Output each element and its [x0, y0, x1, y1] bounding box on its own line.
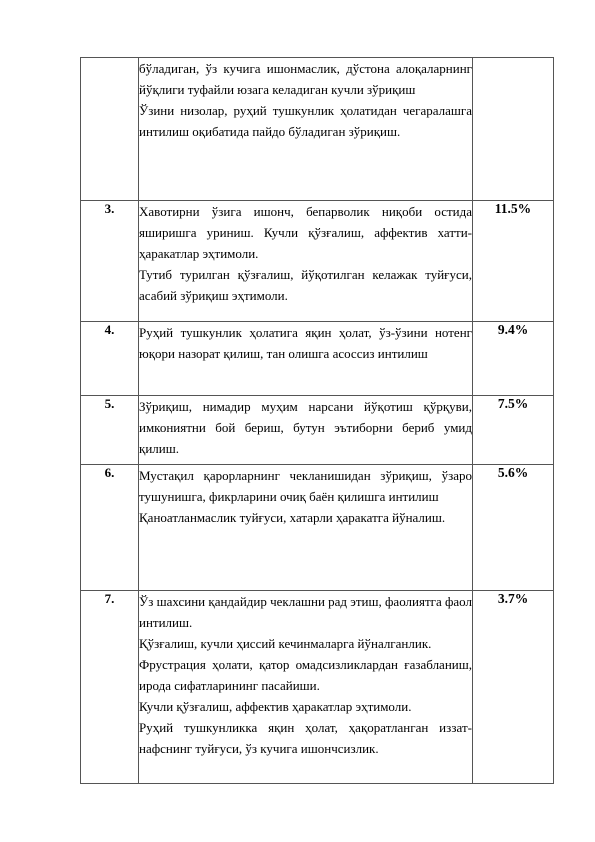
row-description: Хавотирни ўзига ишонч, бепарволик ниқоби…	[139, 201, 473, 322]
description-paragraph: Қаноатланмаслик туйғуси, хатарли ҳаракат…	[139, 507, 472, 528]
description-paragraph: Қўзғалиш, кучли ҳиссий кечинмаларга йўна…	[139, 633, 472, 654]
description-paragraph: Мустақил қарорларнинг чекланишидан зўриқ…	[139, 465, 472, 507]
row-number: 7.	[81, 591, 139, 784]
row-description: Мустақил қарорларнинг чекланишидан зўриқ…	[139, 465, 473, 591]
table-row: 4. Руҳий тушкунлик ҳолатига яқин ҳолат, …	[81, 322, 554, 396]
table-row: бўладиган, ўз кучига ишонмаслик, дўстона…	[81, 58, 554, 201]
row-number: 4.	[81, 322, 139, 396]
row-number	[81, 58, 139, 201]
description-paragraph: Фрустрация ҳолати, қатор омадсизликларда…	[139, 654, 472, 696]
table-row: 6. Мустақил қарорларнинг чекланишидан зў…	[81, 465, 554, 591]
row-percent: 3.7%	[473, 591, 554, 784]
results-table: бўладиган, ўз кучига ишонмаслик, дўстона…	[80, 57, 554, 784]
description-paragraph: Хавотирни ўзига ишонч, бепарволик ниқоби…	[139, 201, 472, 264]
table-row: 5. Зўриқиш, нимадир муҳим нарсани йўқоти…	[81, 396, 554, 465]
description-paragraph: Ўзини низолар, руҳий тушкунлик ҳолатидан…	[139, 100, 472, 142]
table-row: 7. Ўз шахсини қандайдир чеклашни рад эти…	[81, 591, 554, 784]
row-description: бўладиган, ўз кучига ишонмаслик, дўстона…	[139, 58, 473, 201]
description-paragraph: Зўриқиш, нимадир муҳим нарсани йўқотиш қ…	[139, 396, 472, 459]
description-paragraph: Руҳий тушкунлик ҳолатига яқин ҳолат, ўз-…	[139, 322, 472, 364]
row-number: 3.	[81, 201, 139, 322]
description-paragraph: бўладиган, ўз кучига ишонмаслик, дўстона…	[139, 58, 472, 100]
row-description: Ўз шахсини қандайдир чеклашни рад этиш, …	[139, 591, 473, 784]
row-percent: 9.4%	[473, 322, 554, 396]
table-row: 3. Хавотирни ўзига ишонч, бепарволик ниқ…	[81, 201, 554, 322]
row-description: Зўриқиш, нимадир муҳим нарсани йўқотиш қ…	[139, 396, 473, 465]
row-percent: 11.5%	[473, 201, 554, 322]
row-percent	[473, 58, 554, 201]
description-paragraph: Руҳий тушкунликка яқин ҳолат, ҳақоратлан…	[139, 717, 472, 759]
description-paragraph: Тутиб турилган қўзғалиш, йўқотилган кела…	[139, 264, 472, 306]
row-number: 6.	[81, 465, 139, 591]
description-paragraph: Кучли қўзғалиш, аффектив ҳаракатлар эҳти…	[139, 696, 472, 717]
row-percent: 5.6%	[473, 465, 554, 591]
description-paragraph: Ўз шахсини қандайдир чеклашни рад этиш, …	[139, 591, 472, 633]
document-page: бўладиган, ўз кучига ишонмаслик, дўстона…	[0, 0, 595, 842]
row-number: 5.	[81, 396, 139, 465]
row-description: Руҳий тушкунлик ҳолатига яқин ҳолат, ўз-…	[139, 322, 473, 396]
row-percent: 7.5%	[473, 396, 554, 465]
